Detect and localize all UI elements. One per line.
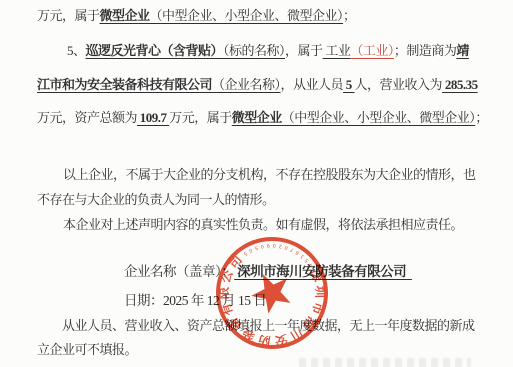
- assets-value: 109.7: [137, 110, 169, 125]
- revenue-value: 285.35: [442, 77, 478, 92]
- date-line: 日期：2025 年 12 月 15 日: [124, 294, 266, 308]
- text-segment: 人，营业收入为: [355, 77, 443, 92]
- enterprise-type-options: （中型企业、小型企业、微型企业）: [150, 8, 344, 23]
- industry-value: 工业: [323, 43, 351, 58]
- note-line2: 立企业可不填报。: [37, 343, 137, 356]
- manufacturer-name-start: 靖: [456, 43, 469, 58]
- subject-name-value: 巡逻反光背心（含背贴）: [86, 43, 224, 58]
- clause5-line1: 5、巡逻反光背心（含背贴）（标的名称），属于 工业（工业）；制造商为靖: [67, 44, 469, 57]
- cutoff-text-fragment: [299, 358, 471, 367]
- text-segment: 从业人员、营业收入、资产总额填报上一年度数据，无上一年度数据的新成: [62, 318, 475, 333]
- company-name-value: 深圳市海川安防装备有限公司: [234, 264, 412, 279]
- text-segment: ；: [475, 110, 488, 125]
- text-segment: 本企业对上述声明内容的真实性负责。如有虚假，将依法承担相应责任。: [63, 217, 463, 232]
- company-name-line: 企业名称（盖章）： 深圳市海川安防装备有限公司: [124, 265, 412, 279]
- text-segment: 万元，资产总额为: [37, 110, 137, 125]
- statement-line2: 不存在与大企业的负责人为同一人的情形。: [37, 193, 275, 206]
- enterprise-type-value: 微型企业: [100, 8, 150, 23]
- subject-name-label: （标的名称）: [223, 43, 285, 58]
- text-segment: 立企业可不填报。: [37, 342, 137, 357]
- clause5-line3: 万元，资产总额为 109.7 万元，属于微型企业（中型企业、小型企业、微型企业）…: [37, 111, 488, 124]
- text-segment: 以上企业，不属于大企业的分支机构，不存在控股股东为大企业的情形，也: [63, 167, 476, 182]
- industry-value-red: （工业）: [350, 43, 394, 58]
- enterprise-type-value: 微型企业: [232, 110, 282, 125]
- statement-line1: 以上企业，不属于大企业的分支机构，不存在控股股东为大企业的情形，也: [63, 168, 476, 181]
- text-segment: ；: [343, 8, 356, 23]
- manufacturer-name-value: 江市和为安全装备科技有限公司: [37, 77, 212, 92]
- text-segment: ；制造商为: [394, 43, 457, 58]
- scanned-declaration-document: 万元，属于微型企业（中型企业、小型企业、微型企业）； 5、巡逻反光背心（含背贴）…: [0, 0, 513, 367]
- clause5-line2: 江市和为安全装备科技有限公司（企业名称），从业人员 5 人，营业收入为 285.…: [37, 78, 478, 91]
- employee-count-value: 5: [343, 77, 355, 92]
- manufacturer-name-label: （企业名称）: [212, 77, 281, 92]
- note-line1: 从业人员、营业收入、资产总额填报上一年度数据，无上一年度数据的新成: [62, 319, 475, 332]
- text-segment: ，从业人员: [281, 77, 344, 92]
- enterprise-type-options: （中型企业、小型企业、微型企业）: [282, 110, 476, 125]
- text-segment: ，属于: [285, 43, 323, 58]
- company-name-label: 企业名称（盖章）：: [124, 264, 234, 279]
- clause-number: 5、: [67, 43, 86, 58]
- statement-line3: 本企业对上述声明内容的真实性负责。如有虚假，将依法承担相应责任。: [63, 218, 463, 231]
- date-value: 日期：2025 年 12 月 15 日: [124, 293, 266, 308]
- clause4-tail-line: 万元，属于微型企业（中型企业、小型企业、微型企业）；: [37, 9, 356, 22]
- text-segment: 万元，属于: [169, 110, 232, 125]
- text-segment: 不存在与大企业的负责人为同一人的情形。: [37, 192, 275, 207]
- text-segment: 万元，属于: [37, 8, 100, 23]
